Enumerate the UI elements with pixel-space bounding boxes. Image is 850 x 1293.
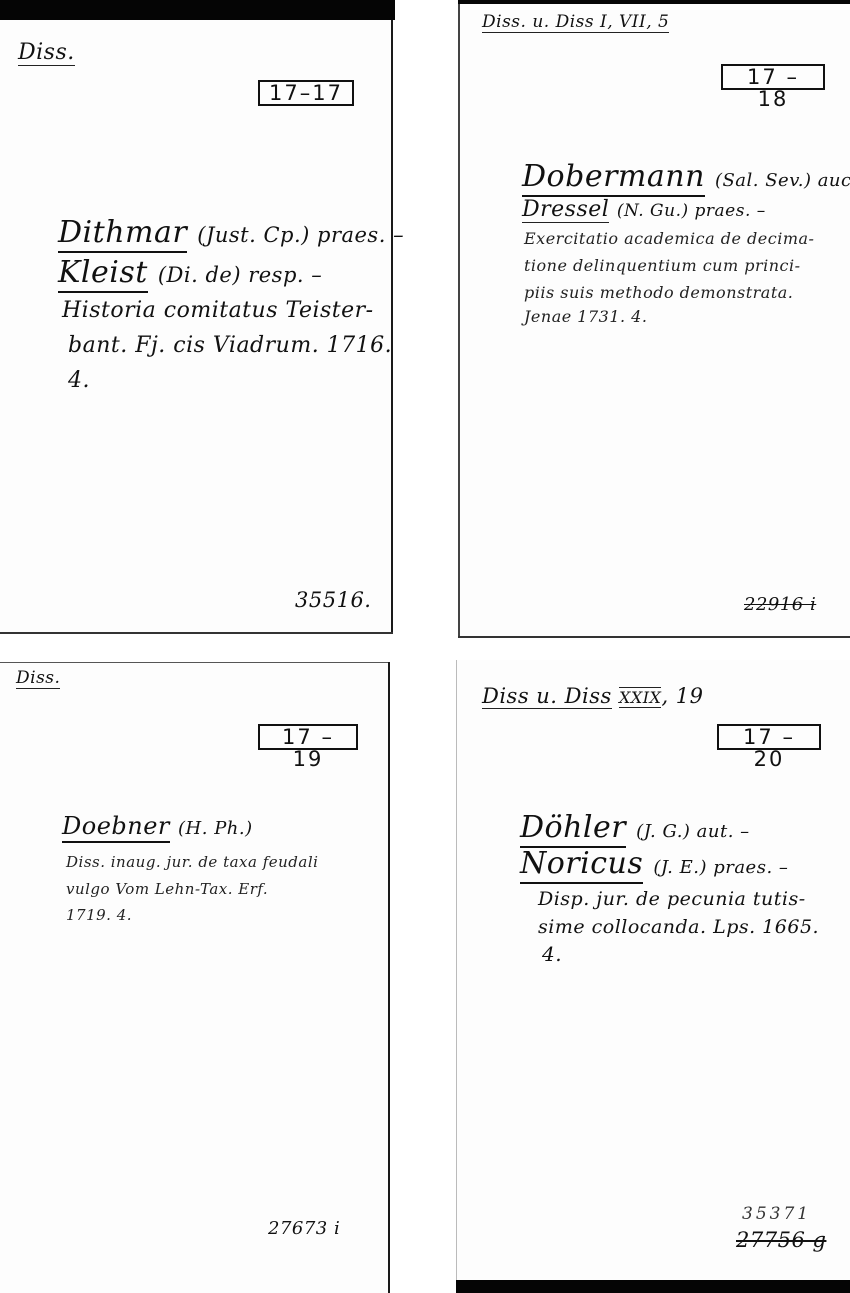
shelfmark-volume: XXIX bbox=[619, 687, 662, 708]
shelfmark: Diss. bbox=[16, 668, 60, 689]
title-line: bant. Fj. cis Viadrum. 1716. bbox=[68, 333, 392, 358]
author-details: (Just. Cp.) praes. – bbox=[197, 223, 404, 247]
scan-border-top-left bbox=[0, 0, 395, 20]
card-edge-right bbox=[388, 662, 390, 1293]
accession-number: 27673 i bbox=[268, 1218, 340, 1239]
respondent-name: Kleist bbox=[58, 255, 148, 293]
praeses-details: (J. E.) praes. – bbox=[653, 857, 788, 878]
author-heading: Döhler (J. G.) aut. – bbox=[520, 810, 750, 845]
respondent-heading: Kleist (Di. de) resp. – bbox=[58, 255, 322, 290]
praeses-heading: Noricus (J. E.) praes. – bbox=[520, 846, 788, 881]
catalog-card-17-17: Diss. 17–17 Dithmar (Just. Cp.) praes. –… bbox=[0, 20, 393, 634]
praeses-heading: Dressel (N. Gu.) praes. – bbox=[522, 197, 766, 222]
shelfmark: Diss u. Diss XXIX, 19 bbox=[482, 684, 704, 708]
card-edge-bottom bbox=[0, 632, 393, 634]
author-details: (Sal. Sev.) auct. – bbox=[715, 170, 850, 191]
catalog-number: 17 – 18 bbox=[721, 64, 825, 90]
author-name: Dithmar bbox=[58, 215, 187, 253]
author-name: Döhler bbox=[520, 810, 626, 848]
catalog-card-17-19: Diss. 17 –19 Doebner (H. Ph.) Diss. inau… bbox=[0, 662, 390, 1293]
card-edge-left bbox=[458, 4, 460, 638]
author-heading: Dithmar (Just. Cp.) praes. – bbox=[58, 215, 404, 250]
catalog-number: 17 – 20 bbox=[717, 724, 821, 750]
author-details: (H. Ph.) bbox=[178, 818, 253, 839]
title-line: piis suis methodo demonstrata. bbox=[524, 283, 793, 302]
author-heading: Doebner (H. Ph.) bbox=[62, 812, 253, 840]
card-edge-bottom bbox=[458, 636, 850, 638]
shelfmark: Diss. u. Diss I, VII, 5 bbox=[482, 12, 669, 33]
shelfmark-prefix: Diss u. Diss bbox=[482, 684, 612, 709]
title-line: Historia comitatus Teister- bbox=[62, 298, 374, 323]
title-line: sime collocanda. Lps. 1665. bbox=[538, 916, 819, 938]
shelfmark: Diss. bbox=[18, 40, 75, 66]
catalog-number: 17–17 bbox=[258, 80, 354, 106]
respondent-details: (Di. de) resp. – bbox=[158, 263, 322, 287]
accession-number: 35516. bbox=[295, 588, 371, 612]
catalog-number: 17 –19 bbox=[258, 724, 358, 750]
title-line: Jenae 1731. 4. bbox=[524, 307, 647, 326]
old-accession-number-struck: 27756 g bbox=[736, 1228, 826, 1252]
title-line: 4. bbox=[542, 942, 562, 966]
accession-number: 35371 bbox=[742, 1204, 811, 1224]
scan-border-bottom-right bbox=[456, 1280, 850, 1293]
card-edge-top bbox=[0, 662, 390, 663]
praeses-name: Noricus bbox=[520, 846, 643, 884]
title-line: vulgo Vom Lehn-Tax. Erf. bbox=[66, 880, 268, 898]
title-line: 1719. 4. bbox=[66, 906, 132, 924]
author-details: (J. G.) aut. – bbox=[636, 821, 750, 842]
author-heading: Dobermann (Sal. Sev.) auct. – bbox=[522, 159, 850, 194]
catalog-card-17-20: Diss u. Diss XXIX, 19 17 – 20 Döhler (J.… bbox=[456, 660, 850, 1280]
title-line: Exercitatio academica de decima- bbox=[524, 229, 814, 248]
card-edge-right bbox=[391, 20, 393, 634]
author-name: Doebner bbox=[62, 812, 170, 843]
title-line: tione delinquentium cum princi- bbox=[524, 256, 801, 275]
praeses-details: (N. Gu.) praes. – bbox=[617, 201, 766, 221]
catalog-card-17-18: Diss. u. Diss I, VII, 5 17 – 18 Doberman… bbox=[458, 4, 850, 638]
praeses-name: Dressel bbox=[522, 197, 609, 223]
author-name: Dobermann bbox=[522, 159, 705, 197]
accession-number-struck: 22916 i bbox=[744, 594, 816, 615]
shelfmark-suffix: , 19 bbox=[661, 684, 703, 708]
card-edge-left bbox=[456, 660, 457, 1280]
title-line: Disp. jur. de pecunia tutis- bbox=[538, 888, 806, 910]
title-line: Diss. inaug. jur. de taxa feudali bbox=[66, 853, 318, 871]
title-line: 4. bbox=[68, 368, 90, 393]
